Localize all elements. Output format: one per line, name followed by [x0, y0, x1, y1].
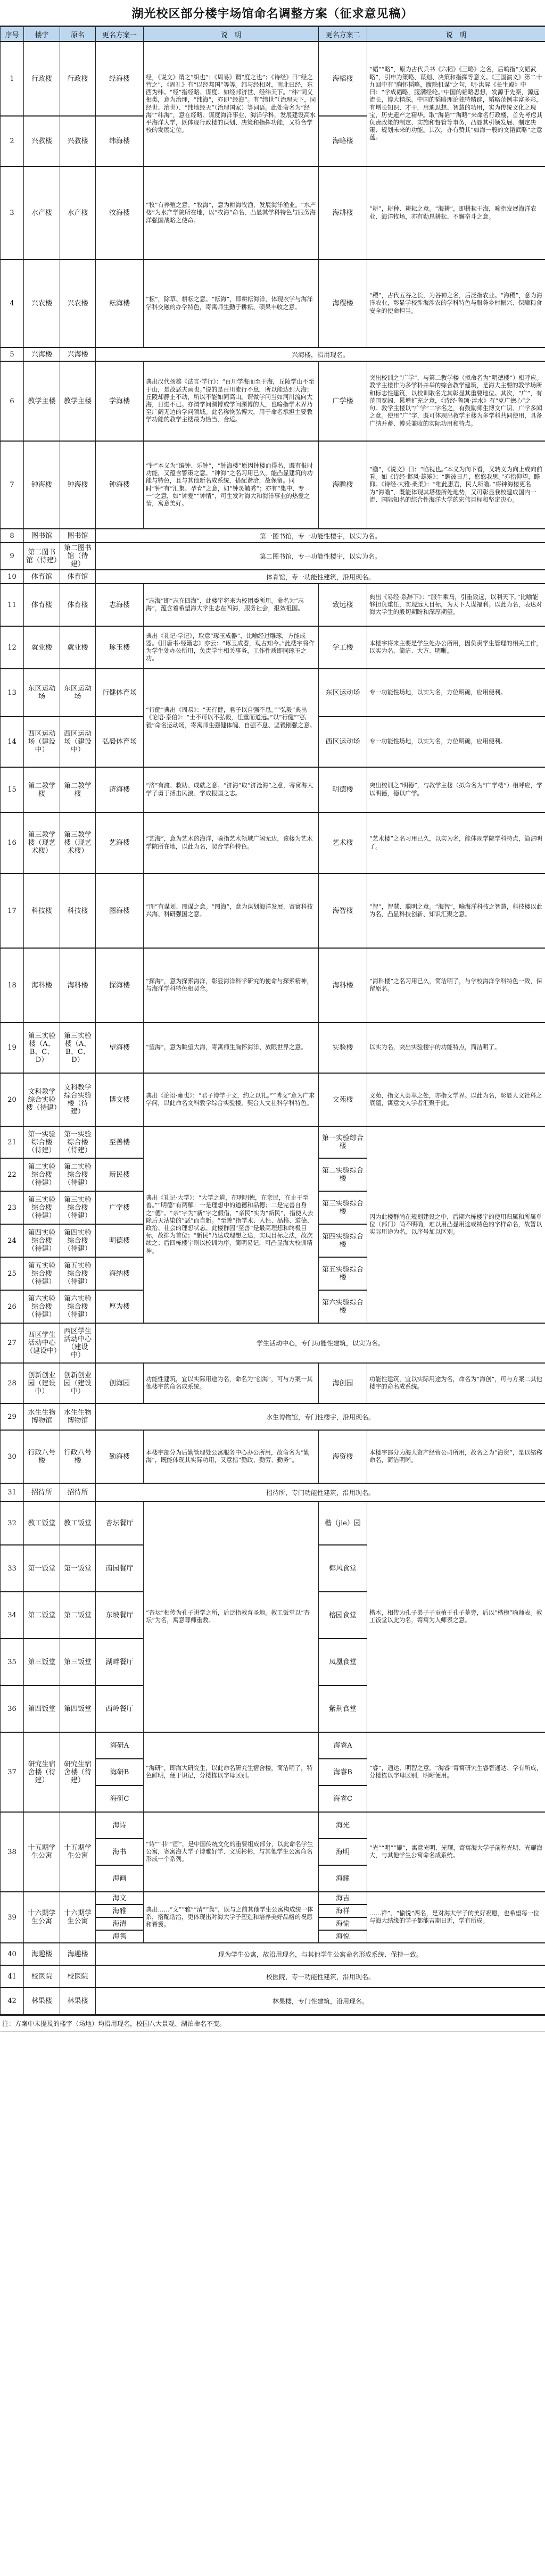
option-one-explanation: “探海”，意为探索海洋，彰显海洋科学研究的使命与探索精神，与海洋学科特色相契合。 — [144, 948, 319, 1023]
option-two-name: 第五实验综合楼 — [319, 1257, 367, 1290]
option-one-name: 经海楼 — [96, 41, 144, 116]
row-number: 37 — [1, 1732, 24, 1812]
option-one-explanation: 本楼宇部分为后勤管理处公寓服务中心办公所用，故命名为“勤海”，既能体现其实际功用… — [144, 1430, 319, 1483]
option-one-name: 海画 — [96, 1865, 144, 1892]
option-two-name: 海愉 — [319, 1917, 367, 1930]
row-number: 26 — [1, 1290, 24, 1323]
building-name: 兴农楼 — [24, 260, 60, 347]
table-row: 3水产楼水产楼牧海楼“牧”有养殖之意。“牧海”，意为耕海牧渔，发展海洋渔业。“水… — [1, 167, 545, 260]
option-two-name: 第六实验综合楼 — [319, 1290, 367, 1323]
table-row: 17科技楼科技楼图海楼“图”有谋划、图谋之意。“图海”，意为谋划海洋发展，寄寓科… — [1, 874, 545, 948]
option-one-name: 西岭餐厅 — [96, 1685, 144, 1732]
table-row: 11体育楼体育楼志海楼“志海”即“志在四海”，此楼宇将来为校团委所用。命名为“志… — [1, 584, 545, 626]
table-row: 1行政楼行政楼经海楼经，《说文》谓之“织也”；《周易》谓“度之也”；《诗经》曰“… — [1, 41, 545, 116]
option-two-explanation: “艺术楼”之名习用已久，以实为名，能体现学院学科特点，简洁明了。 — [367, 812, 545, 874]
option-one-explanation: 经，《说文》谓之“织也”；《周易》谓“度之也”；《诗经》曰“经之营之”，《周礼》… — [144, 41, 319, 167]
row-number: 3 — [1, 167, 24, 260]
option-two-explanation: “耕”，耕种、耕耘之意。“海耕”，即耕耘于海，喻指发展海洋农业、海洋牧场，亦有勤… — [367, 167, 545, 260]
building-name: 第二实验综合楼（待建） — [24, 1158, 60, 1191]
option-two-name: 海睿A — [319, 1732, 367, 1759]
option-one-name: 探海楼 — [96, 948, 144, 1023]
option-one-name: 艺海楼 — [96, 812, 144, 874]
option-one-explanation: “牧”有养殖之意。“牧海”，意为耕海牧渔，发展海洋渔业。“水产楼”为水产学院所在… — [144, 167, 319, 260]
option-one-explanation: “望海”，意为眺望大海，寄寓师生胸怀海洋、放眼世界之意。 — [144, 1023, 319, 1073]
option-two-name: 楷（jie）园 — [319, 1501, 367, 1545]
building-name: 兴教楼 — [24, 116, 60, 167]
table-row: 10体育馆体育馆体育馆，专一功能性建筑，沿用现名。 — [1, 570, 545, 584]
row-number: 8 — [1, 529, 24, 543]
table-body: 1行政楼行政楼经海楼经，《说文》谓之“织也”；《周易》谓“度之也”；《诗经》曰“… — [1, 41, 545, 2014]
building-name: 十五期学生公寓 — [24, 1812, 60, 1892]
original-name: 第三教学楼（现艺术楼） — [60, 812, 96, 874]
building-name: 体育馆 — [24, 570, 60, 584]
original-name: 第一实验综合楼（待建） — [60, 1126, 96, 1158]
option-two-explanation: 专一功能性场地，以实为名，方位明确，应用便利。 — [367, 669, 545, 717]
table-row: 13东区运动场东区运动场行健体育场“行健”典出《周易》：“天行健，君子以自强不息… — [1, 669, 545, 717]
merged-note: 兴海楼，沿用现名。 — [96, 347, 545, 361]
row-number: 2 — [1, 116, 24, 167]
row-number: 42 — [1, 1988, 24, 2014]
building-name: 第三实验综合楼（待建） — [24, 1191, 60, 1224]
row-number: 32 — [1, 1501, 24, 1545]
option-two-name: 东区运动场 — [319, 669, 367, 717]
row-number: 5 — [1, 347, 24, 361]
option-one-name: 耘海楼 — [96, 260, 144, 347]
building-name: 第一饭堂 — [24, 1545, 60, 1592]
building-name: 水生生物博物馆 — [24, 1403, 60, 1430]
building-name: 第三饭堂 — [24, 1639, 60, 1685]
option-two-name: 海略楼 — [319, 116, 367, 167]
building-name: 第四实验综合楼（待建） — [24, 1224, 60, 1257]
option-two-name: 海稷楼 — [319, 260, 367, 347]
building-name: 行政八号楼 — [24, 1430, 60, 1483]
row-number: 9 — [1, 543, 24, 570]
row-number: 21 — [1, 1126, 24, 1158]
row-number: 24 — [1, 1224, 24, 1257]
merged-note: 体育馆，专一功能性建筑，沿用现名。 — [96, 570, 545, 584]
building-name: 第六实验综合楼（待建） — [24, 1290, 60, 1323]
option-one-name: 海研C — [96, 1785, 144, 1812]
building-name: 第五实验综合楼（待建） — [24, 1257, 60, 1290]
row-number: 28 — [1, 1363, 24, 1403]
table-row: 8图书馆图书馆第一图书馆，专一功能性楼宇，以实为名。 — [1, 529, 545, 543]
row-number: 6 — [1, 361, 24, 441]
option-two-name: 明德楼 — [319, 767, 367, 812]
option-two-name: 西区运动场 — [319, 717, 367, 767]
option-two-name: 榕园食堂 — [319, 1592, 367, 1639]
option-one-name: 海研B — [96, 1759, 144, 1785]
row-number: 19 — [1, 1023, 24, 1073]
original-name: 行政八号楼 — [60, 1430, 96, 1483]
table-row: 30行政八号楼行政八号楼勤海楼本楼宇部分为后勤管理处公寓服务中心办公所用，故命名… — [1, 1430, 545, 1483]
row-number: 4 — [1, 260, 24, 347]
option-one-explanation: “济”有渡、救助、成就之意。“济海”取“济沧海”之意，寄寓海大学子勇于搏击风浪、… — [144, 767, 319, 812]
building-name: 兴海楼 — [24, 347, 60, 361]
option-two-explanation: “稷”，古代五谷之长，为谷神之名，后泛指农业。“海稷”，意为海洋农业，彰显学校涉… — [367, 260, 545, 347]
original-name: 兴农楼 — [60, 260, 96, 347]
option-two-name: 海睿B — [319, 1759, 367, 1785]
original-name: 西区运动场（建设中） — [60, 717, 96, 767]
building-name: 第二教学楼 — [24, 767, 60, 812]
building-name: 西区运动场（建设中） — [24, 717, 60, 767]
header-original: 原名 — [60, 27, 96, 42]
original-name: 第四实验综合楼（待建） — [60, 1224, 96, 1257]
merged-note: 学生活动中心，专门功能性建筑，以实为名。 — [96, 1323, 545, 1363]
option-one-name: 南园餐厅 — [96, 1545, 144, 1592]
header-option-one: 更名方案一 — [96, 27, 144, 42]
original-name: 第二饭堂 — [60, 1592, 96, 1639]
building-name: 招待所 — [24, 1483, 60, 1501]
option-one-name: 杏坛餐厅 — [96, 1501, 144, 1545]
building-name: 创新创业园（建设中） — [24, 1363, 60, 1403]
original-name: 第六实验综合楼（待建） — [60, 1290, 96, 1323]
original-name: 第二图书馆（待建） — [60, 543, 96, 570]
table-row: 15第二教学楼第二教学楼济海楼“济”有渡、救助、成就之意。“济海”取“济沧海”之… — [1, 767, 545, 812]
option-two-name: 海祥 — [319, 1905, 367, 1917]
original-name: 海科楼 — [60, 948, 96, 1023]
building-name: 林果楼 — [24, 1988, 60, 2014]
option-two-explanation: 突出校训之“明德”，与教学主楼（拟命名为“广学楼”）相呼应，学以明德，德以广学。 — [367, 767, 545, 812]
original-name: 十五期学生公寓 — [60, 1812, 96, 1892]
option-one-name: 行健体育场 — [96, 669, 144, 717]
row-number: 15 — [1, 767, 24, 812]
option-two-explanation: “韬”“略”，原为古代兵书《六韬》《三略》之名，后喻指“文韬武略”，引申为策略、… — [367, 41, 545, 167]
building-name: 水产楼 — [24, 167, 60, 260]
option-one-name: 海研A — [96, 1732, 144, 1759]
option-one-name: 海隽 — [96, 1930, 144, 1943]
row-number: 40 — [1, 1943, 24, 1965]
option-two-explanation: “智”，智慧、聪明之意。“海智”，喻海洋科技之智慧，科技楼以此为名，凸显科技创新… — [367, 874, 545, 948]
table-row: 6教学主楼教学主楼学海楼典出汉代扬雄《法言·学行》：“百川学海而至于海，丘陵学山… — [1, 361, 545, 441]
table-row: 21第一实验综合楼（待建）第一实验综合楼（待建）至善楼典出《礼记·大学》：“大学… — [1, 1126, 545, 1158]
row-number: 41 — [1, 1965, 24, 1988]
option-one-name: 学海楼 — [96, 361, 144, 441]
option-one-name: 望海楼 — [96, 1023, 144, 1073]
option-two-explanation: 本楼宇将来主要是学生处办公所用，因负责学生管理的相关工作，以实为名，简洁、大方、… — [367, 626, 545, 669]
original-name: 第二教学楼 — [60, 767, 96, 812]
option-one-name: 至善楼 — [96, 1126, 144, 1158]
table-row: 42林果楼林果楼林果楼，专门性建筑，沿用现名。 — [1, 1988, 545, 2014]
option-one-explanation: 典出……“文”“雅”“清”“隽”，既与之前其他学生公寓构成统一体系，搭配谐洽，更… — [144, 1892, 319, 1943]
original-name: 第三饭堂 — [60, 1639, 96, 1685]
option-one-name: 勤海楼 — [96, 1430, 144, 1483]
merged-note: 第一图书馆，专一功能性楼宇，以实为名。 — [96, 529, 545, 543]
original-name: 林果楼 — [60, 1988, 96, 2014]
original-name: 兴海楼 — [60, 347, 96, 361]
table-row: 12就业楼就业楼琢玉楼典出《礼记·学记》，取意“琢玉成器”，比喻经过雕琢，方能成… — [1, 626, 545, 669]
option-two-name: 海科楼 — [319, 948, 367, 1023]
option-two-name: 海悦 — [319, 1930, 367, 1943]
table-row: 4兴农楼兴农楼耘海楼“耘”，除草、耕耘之意。“耘海”，即耕耘海洋，体现农学与海洋… — [1, 260, 545, 347]
original-name: 西区学生活动中心（建设中） — [60, 1323, 96, 1363]
merged-note: 林果楼，专门性建筑，沿用现名。 — [96, 1988, 545, 2014]
table-row: 39十六期学生公寓十六期学生公寓海文典出……“文”“雅”“清”“隽”，既与之前其… — [1, 1892, 545, 1905]
original-name: 行政楼 — [60, 41, 96, 116]
option-two-name: 海智楼 — [319, 874, 367, 948]
option-two-name: 海睿C — [319, 1785, 367, 1812]
table-row: 32教工饭堂教工饭堂杏坛餐厅“杏坛”相传为孔子讲学之所，后泛指教育圣地。教工饭堂… — [1, 1501, 545, 1545]
row-number: 23 — [1, 1191, 24, 1224]
document-title: 湖光校区部分楼宇场馆命名调整方案（征求意见稿） — [0, 0, 545, 27]
option-two-name: 紫荆食堂 — [319, 1685, 367, 1732]
building-name: 第三实验楼（A、B、C、D） — [24, 1023, 60, 1073]
original-name: 第一饭堂 — [60, 1545, 96, 1592]
building-name: 科技楼 — [24, 874, 60, 948]
row-number: 20 — [1, 1073, 24, 1126]
row-number: 18 — [1, 948, 24, 1023]
original-name: 体育楼 — [60, 584, 96, 626]
option-one-name: 海清 — [96, 1917, 144, 1930]
option-one-name: 钟海楼 — [96, 441, 144, 529]
header-explanation-one: 说 明 — [144, 27, 319, 42]
table-row: 41校医院校医院校医院，专一功能性建筑，沿用现名。 — [1, 1965, 545, 1988]
option-one-name: 博文楼 — [96, 1073, 144, 1126]
option-one-name: 图海楼 — [96, 874, 144, 948]
option-two-name: 海光 — [319, 1812, 367, 1839]
header-building: 楼宇 — [24, 27, 60, 42]
row-number: 33 — [1, 1545, 24, 1592]
building-name: 校医院 — [24, 1965, 60, 1988]
option-one-name: 新民楼 — [96, 1158, 144, 1191]
option-one-name: 济海楼 — [96, 767, 144, 812]
row-number: 39 — [1, 1892, 24, 1943]
original-name: 招待所 — [60, 1483, 96, 1501]
option-one-name: 明德楼 — [96, 1224, 144, 1257]
option-one-explanation: 典出《礼记·学记》，取意“琢玉成器”，比喻经过雕琢，方能成器。《旧唐书·经籍志》… — [144, 626, 319, 669]
table-row: 7钟海楼钟海楼钟海楼“钟”本义为“编钟、乐钟”，“钟海楼”原因钟楼而得名，既有报… — [1, 441, 545, 529]
row-number: 22 — [1, 1158, 24, 1191]
option-one-explanation: “图”有谋划、图谋之意。“图海”，意为谋划海洋发展，寄寓科技兴海、科研强国之意。 — [144, 874, 319, 948]
building-name: 钟海楼 — [24, 441, 60, 529]
option-two-name: 学工楼 — [319, 626, 367, 669]
option-two-name: 第四实验综合楼 — [319, 1224, 367, 1257]
option-two-name: 海耀 — [319, 1865, 367, 1892]
option-one-name: 琢玉楼 — [96, 626, 144, 669]
row-number: 16 — [1, 812, 24, 874]
table-row: 20文科教学综合实验楼（待建）文科教学综合实验楼（待建）博文楼典出《论语·雍也》… — [1, 1073, 545, 1126]
row-number: 38 — [1, 1812, 24, 1892]
table-header-row: 序号 楼宇 原名 更名方案一 说 明 更名方案二 说 明 — [1, 27, 545, 42]
option-one-explanation: 典出《论语·雍也》：“君子博学于文，约之以礼。”“博文”意为广求学问，以此命名文… — [144, 1073, 319, 1126]
original-name: 第二实验综合楼（待建） — [60, 1158, 96, 1191]
option-two-name: 海明 — [319, 1839, 367, 1865]
merged-note: 校医院，专一功能性建筑，沿用现名。 — [96, 1965, 545, 1988]
original-name: 教学主楼 — [60, 361, 96, 441]
naming-plan-document: 湖光校区部分楼宇场馆命名调整方案（征求意见稿） 序号 楼宇 原名 更名方案一 说… — [0, 0, 545, 2032]
building-name: 体育楼 — [24, 584, 60, 626]
row-number: 29 — [1, 1403, 24, 1430]
table-row: 38十五期学生公寓十五期学生公寓海诗“诗”“书”“画”，是中国传统文化的重要组成… — [1, 1812, 545, 1839]
option-one-name: 志海楼 — [96, 584, 144, 626]
option-one-name: 创海园 — [96, 1363, 144, 1403]
table-row: 16第三教学楼（现艺术楼）第三教学楼（现艺术楼）艺海楼“艺海”，意为艺术的海洋，… — [1, 812, 545, 874]
option-two-explanation: 文苑，指文人荟萃之处，亦指文学界。以此为名，彰显人文社科之底蕴，寓意文人学者汇聚… — [367, 1073, 545, 1126]
option-two-name: 凤凰食堂 — [319, 1639, 367, 1685]
option-one-name: 海纳楼 — [96, 1257, 144, 1290]
option-two-explanation: “光”“明”“耀”，寓意光明、光耀，寄寓海大学子前程光明、光耀海大，与其他学生公… — [367, 1812, 545, 1892]
option-one-name: 海诗 — [96, 1812, 144, 1839]
option-two-explanation: 因为此楼群尚在规划建设之中，后期六栋楼宇的使用归属和所属单位（部门）尚不明确，难… — [367, 1126, 545, 1323]
option-one-name: 广学楼 — [96, 1191, 144, 1224]
option-two-name: 第三实验综合楼 — [319, 1191, 367, 1224]
table-row: 29水生生物博物馆水生生物博物馆水生博物馆，专门性楼宇，沿用现名。 — [1, 1403, 545, 1430]
row-number: 25 — [1, 1257, 24, 1290]
row-number: 7 — [1, 441, 24, 529]
building-name: 西区学生活动中心（建设中） — [24, 1323, 60, 1363]
original-name: 钟海楼 — [60, 441, 96, 529]
building-name: 就业楼 — [24, 626, 60, 669]
option-one-explanation: “行健”典出《周易》：“天行健，君子以自强不息。”“弘毅”典出《论语·泰伯》：“… — [144, 669, 319, 767]
original-name: 第三实验综合楼（待建） — [60, 1191, 96, 1224]
building-name: 第一实验综合楼（待建） — [24, 1126, 60, 1158]
option-two-name: 海韬楼 — [319, 41, 367, 116]
building-name: 行政楼 — [24, 41, 60, 116]
option-one-name: 海书 — [96, 1839, 144, 1865]
original-name: 体育馆 — [60, 570, 96, 584]
row-number: 34 — [1, 1592, 24, 1639]
option-one-name: 东坡餐厅 — [96, 1592, 144, 1639]
option-one-name: 海文 — [96, 1892, 144, 1905]
option-one-explanation: 典出汉代扬雄《法言·学行》：“百川学海而至于海，丘陵学山不至于山，是故恶夫画也。… — [144, 361, 319, 441]
option-two-explanation: ……祥”、“愉悦”两名，是对海大学子的美好祝愿，也希望每一位与海大结缘的学子都能… — [367, 1892, 545, 1943]
option-one-explanation: “志海”即“志在四海”，此楼宇将来为校团委所用。命名为“志海”，蕴含着希望海大学… — [144, 584, 319, 626]
original-name: 第三实验楼（A、B、C、D） — [60, 1023, 96, 1073]
building-name: 教学主楼 — [24, 361, 60, 441]
naming-table: 序号 楼宇 原名 更名方案一 说 明 更名方案二 说 明 1行政楼行政楼经海楼经… — [0, 27, 545, 2015]
row-number: 13 — [1, 669, 24, 717]
option-two-explanation: 专一功能性场地，以实为名，方位明确，应用便利。 — [367, 717, 545, 767]
option-two-name: 海创园 — [319, 1363, 367, 1403]
option-one-explanation: 典出《礼记·大学》：“大学之道，在明明德，在亲民，在止于至善。”“明德”有两解：… — [144, 1126, 319, 1323]
building-name: 教工饭堂 — [24, 1501, 60, 1545]
original-name: 第四饭堂 — [60, 1685, 96, 1732]
table-row: 40海趣楼海趣楼现为学生公寓，故沿用现名，与其他学生公寓命名形成系统、保持一致。 — [1, 1943, 545, 1965]
building-name: 十六期学生公寓 — [24, 1892, 60, 1943]
original-name: 文科教学综合实验楼（待建） — [60, 1073, 96, 1126]
option-one-name: 厚为楼 — [96, 1290, 144, 1323]
option-two-name: 海瞻楼 — [319, 441, 367, 529]
row-number: 11 — [1, 584, 24, 626]
option-one-explanation: “钟”本义为“编钟、乐钟”，“钟海楼”原因钟楼而得名，既有报时功能，又蕴含警策之… — [144, 441, 319, 529]
option-two-name: 致远楼 — [319, 584, 367, 626]
option-two-explanation: 典出《易经·系辞下》：“服牛乘马，引重致远，以利天下。”比喻能够担负重任，实现远… — [367, 584, 545, 626]
option-two-name: 海吉 — [319, 1892, 367, 1905]
original-name: 十六期学生公寓 — [60, 1892, 96, 1943]
original-name: 科技楼 — [60, 874, 96, 948]
row-number: 12 — [1, 626, 24, 669]
footnote: 注：方案中未提及的楼宇（场地）均沿用现名，校园八大景观、湖泊命名不变。 — [0, 2015, 545, 2032]
table-row: 28创新创业园（建设中）创新创业园（建设中）创海园功能性建筑，宜以实际用途为名，… — [1, 1363, 545, 1403]
option-one-explanation: “诗”“书”“画”，是中国传统文化的重要组成部分，以此命名学生公寓，寄寓海大学子… — [144, 1812, 319, 1892]
option-two-name: 海耕楼 — [319, 167, 367, 260]
option-one-name: 海雅 — [96, 1905, 144, 1917]
original-name: 校医院 — [60, 1965, 96, 1988]
table-row: 5兴海楼兴海楼兴海楼，沿用现名。 — [1, 347, 545, 361]
original-name: 教工饭堂 — [60, 1501, 96, 1545]
building-name: 第四饭堂 — [24, 1685, 60, 1732]
option-two-name: 第一实验综合楼 — [319, 1126, 367, 1158]
original-name: 第五实验综合楼（待建） — [60, 1257, 96, 1290]
option-one-explanation: “海研”，即海大研究生，以此命名研究生宿舍楼，简洁明了，特色鲜明，便于识记，分楼… — [144, 1732, 319, 1812]
option-two-explanation: 以实为名，突出实验楼宇的功能特点，简洁明了。 — [367, 1023, 545, 1073]
header-option-two: 更名方案二 — [319, 27, 367, 42]
option-one-name: 牧海楼 — [96, 167, 144, 260]
original-name: 东区运动场 — [60, 669, 96, 717]
table-row: 27西区学生活动中心（建设中）西区学生活动中心（建设中）学生活动中心，专门功能性… — [1, 1323, 545, 1363]
building-name: 海科楼 — [24, 948, 60, 1023]
option-two-explanation: 楷木，相传为孔子弟子子贡植于孔子墓旁，后以“楷模”喻师表。教工饭堂以此为名，寄寓… — [367, 1501, 545, 1732]
original-name: 就业楼 — [60, 626, 96, 669]
option-two-explanation: 本楼宇部分为海大资产经营公司所用，故名之为“海资”，是以缩称命名，简洁明晰。 — [367, 1430, 545, 1483]
option-two-name: 文苑楼 — [319, 1073, 367, 1126]
original-name: 兴教楼 — [60, 116, 96, 167]
option-two-explanation: 突出校训之“广学”，与第二教学楼（拟命名为“明德楼”）相呼应。教学主楼作为多学科… — [367, 361, 545, 441]
row-number: 14 — [1, 717, 24, 767]
option-one-explanation: 功能性建筑，宜以实际用途为名，命名为“创海”，可与方案一其他楼宇的命名成系统。 — [144, 1363, 319, 1403]
header-no: 序号 — [1, 27, 24, 42]
option-one-explanation: “耘”，除草、耕耘之意。“耘海”，即耕耘海洋，体现农学与海洋学科交融的办学特色，… — [144, 260, 319, 347]
original-name: 海趣楼 — [60, 1943, 96, 1965]
original-name: 水生生物博物馆 — [60, 1403, 96, 1430]
building-name: 海趣楼 — [24, 1943, 60, 1965]
row-number: 27 — [1, 1323, 24, 1363]
merged-note: 第二图书馆，专一功能性楼宇，以实为名。 — [96, 543, 545, 570]
row-number: 30 — [1, 1430, 24, 1483]
table-row: 31招待所招待所招待所，专门功能性建筑，沿用现名。 — [1, 1483, 545, 1501]
row-number: 35 — [1, 1639, 24, 1685]
row-number: 10 — [1, 570, 24, 584]
option-two-name: 海资楼 — [319, 1430, 367, 1483]
option-two-explanation: “睿”，通达、明智之意。“海睿”寄寓研究生睿智通达、学有所成，分楼栋以字母区别，… — [367, 1732, 545, 1812]
original-name: 研究生宿舍楼（待建） — [60, 1732, 96, 1812]
option-two-name: 第二实验综合楼 — [319, 1158, 367, 1191]
header-explanation-two: 说 明 — [367, 27, 545, 42]
building-name: 第三教学楼（现艺术楼） — [24, 812, 60, 874]
table-row: 19第三实验楼（A、B、C、D）第三实验楼（A、B、C、D）望海楼“望海”，意为… — [1, 1023, 545, 1073]
merged-note: 招待所，专门功能性建筑，沿用现名。 — [96, 1483, 545, 1501]
row-number: 1 — [1, 41, 24, 116]
table-row: 9第二图书馆（待建）第二图书馆（待建）第二图书馆，专一功能性楼宇，以实为名。 — [1, 543, 545, 570]
building-name: 东区运动场 — [24, 669, 60, 717]
option-two-explanation: “海科楼”之名习用已久，简洁明了，与学校海洋学科特色一致，保留原名。 — [367, 948, 545, 1023]
option-two-explanation: “瞻”，《说文》曰：“临视也。”本义为向下看，又转义为向上或向前看。如《诗经·邶… — [367, 441, 545, 529]
option-one-name: 弘毅体育场 — [96, 717, 144, 767]
option-one-name: 纬海楼 — [96, 116, 144, 167]
option-two-name: 实验楼 — [319, 1023, 367, 1073]
merged-note: 水生博物馆，专门性楼宇，沿用现名。 — [96, 1403, 545, 1430]
option-two-name: 广学楼 — [319, 361, 367, 441]
original-name: 图书馆 — [60, 529, 96, 543]
option-one-explanation: “艺海”，意为艺术的海洋，喻指艺术领域广阔无边，该楼为艺术学院所在地，以此为名，… — [144, 812, 319, 874]
building-name: 第二饭堂 — [24, 1592, 60, 1639]
option-two-explanation: 功能性建筑，宜以实际用途为名，命名为“海创”，可与方案二其他楼宇的命名成系统。 — [367, 1363, 545, 1403]
table-row: 18海科楼海科楼探海楼“探海”，意为探索海洋，彰显海洋科学研究的使命与探索精神，… — [1, 948, 545, 1023]
building-name: 图书馆 — [24, 529, 60, 543]
option-two-name: 艺术楼 — [319, 812, 367, 874]
option-one-name: 湖畔餐厅 — [96, 1639, 144, 1685]
table-row: 37研究生宿舍楼（待建）研究生宿舍楼（待建）海研A“海研”，即海大研究生，以此命… — [1, 1732, 545, 1759]
building-name: 研究生宿舍楼（待建） — [24, 1732, 60, 1812]
original-name: 水产楼 — [60, 167, 96, 260]
building-name: 文科教学综合实验楼（待建） — [24, 1073, 60, 1126]
option-two-name: 椰风食堂 — [319, 1545, 367, 1592]
original-name: 创新创业园（建设中） — [60, 1363, 96, 1403]
building-name: 第二图书馆（待建） — [24, 543, 60, 570]
merged-note: 现为学生公寓，故沿用现名，与其他学生公寓命名形成系统、保持一致。 — [96, 1943, 545, 1965]
row-number: 17 — [1, 874, 24, 948]
row-number: 31 — [1, 1483, 24, 1501]
row-number: 36 — [1, 1685, 24, 1732]
